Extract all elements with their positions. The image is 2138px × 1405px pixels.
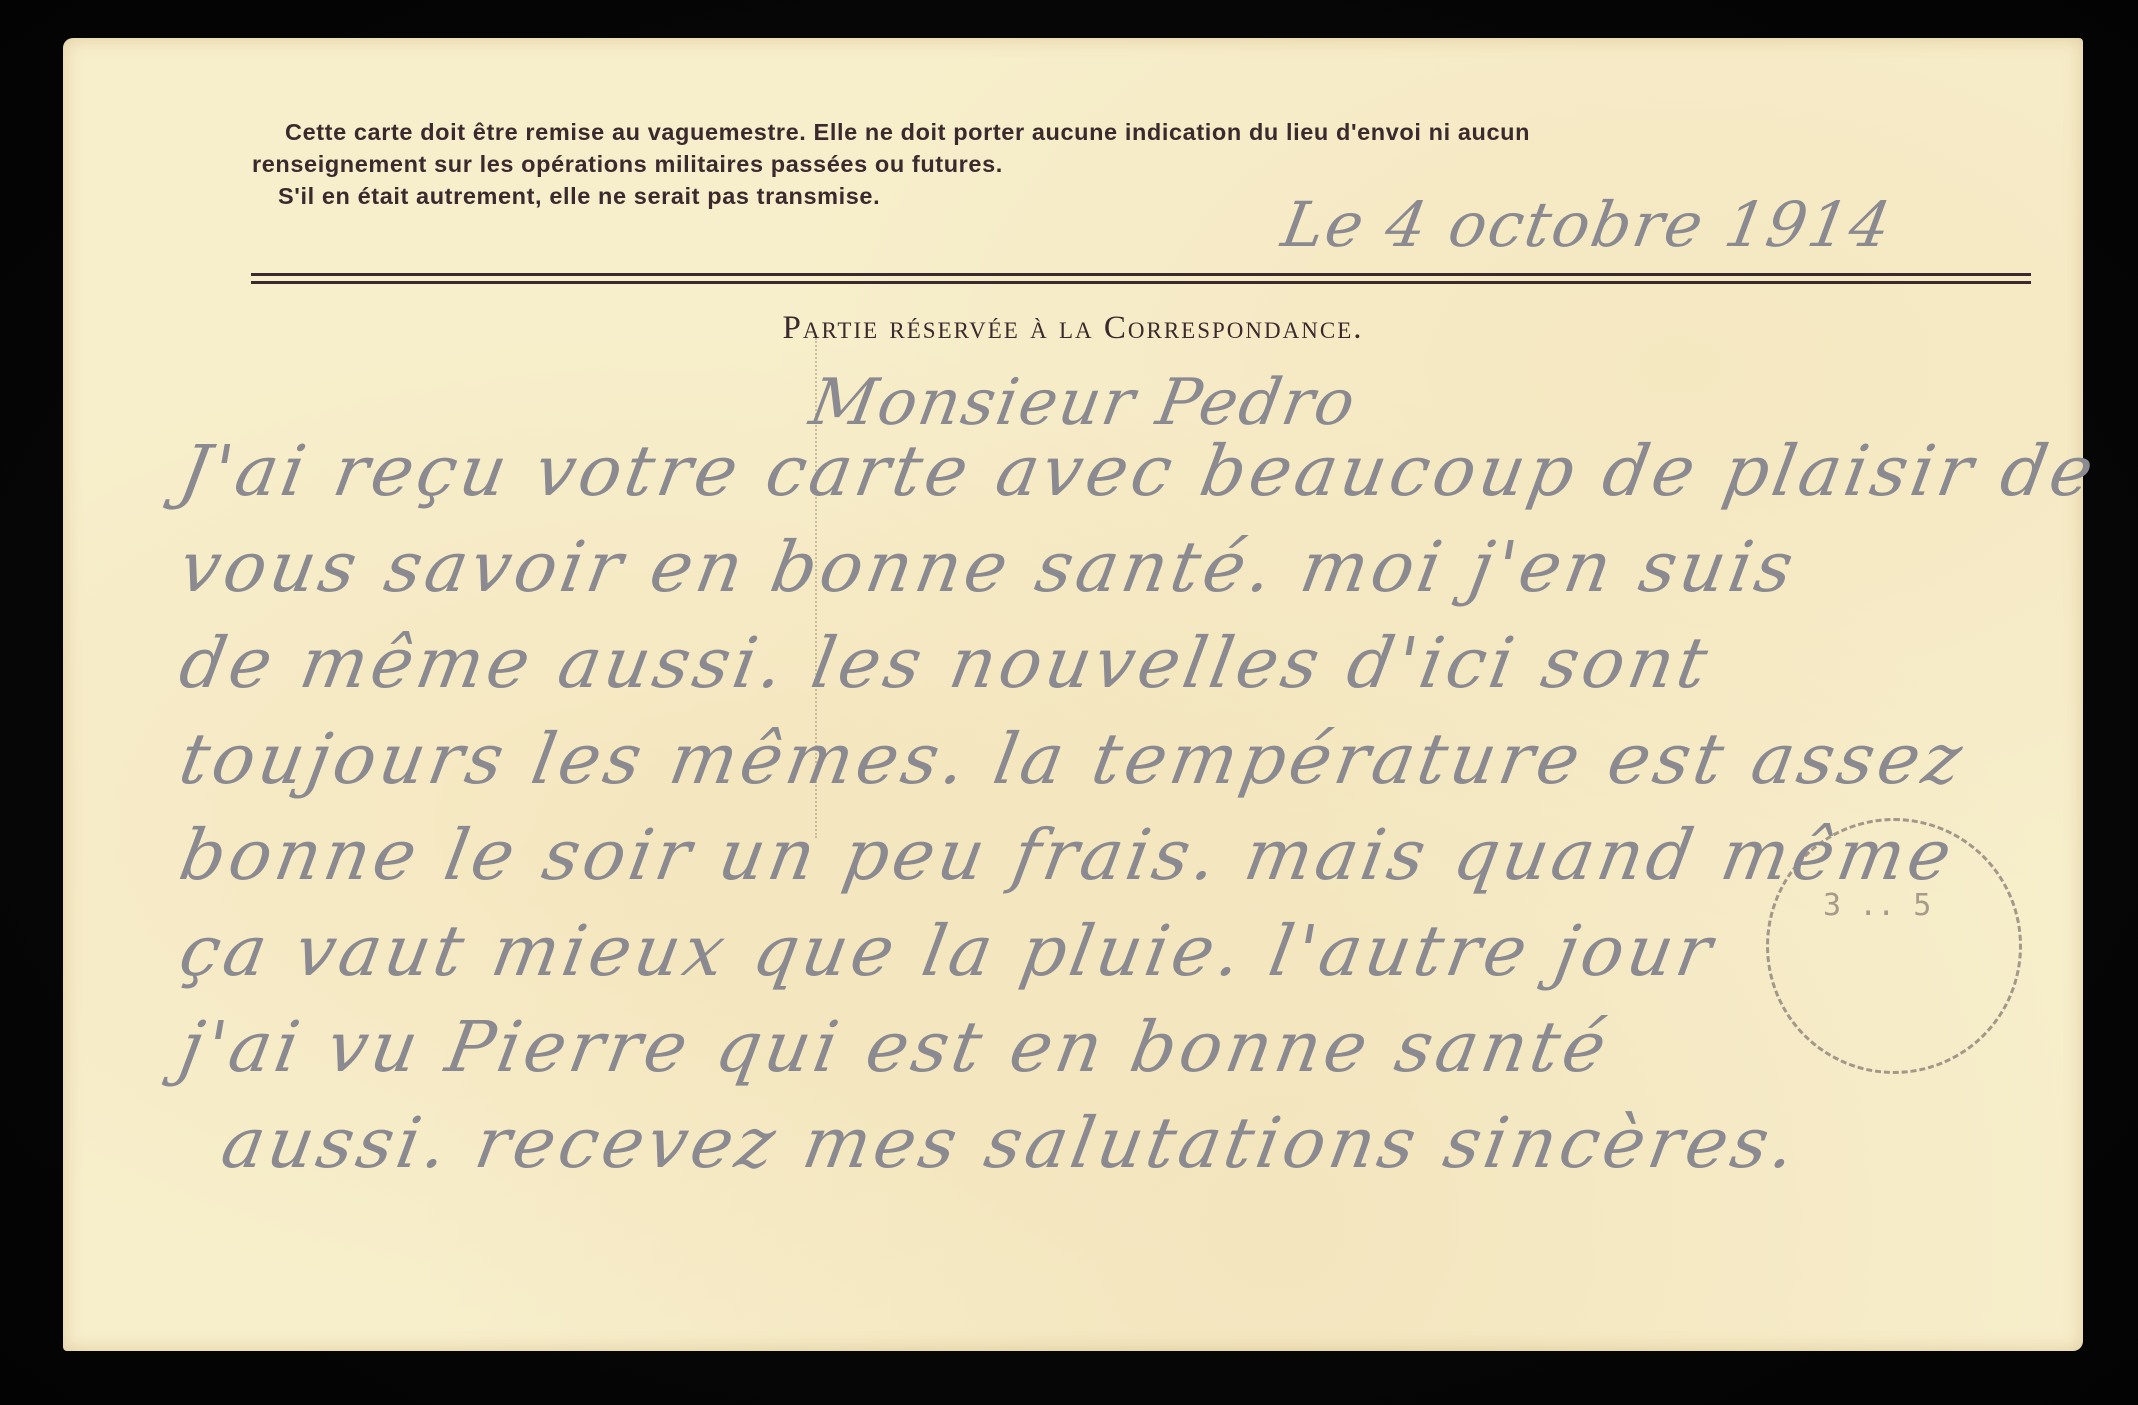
divider-rule-top — [251, 273, 2031, 276]
letter-line: de même aussi. les nouvelles d'ici sont — [174, 622, 1718, 704]
postcard: Cette carte doit être remise au vaguemes… — [63, 38, 2083, 1351]
notice-line-1: Cette carte doit être remise au vaguemes… — [188, 116, 2018, 148]
handwritten-date: Le 4 octobre 1914 — [1277, 188, 1898, 261]
divider-rule-bottom — [251, 281, 2031, 284]
letter-line: aussi. recevez mes salutations sincères. — [216, 1102, 1806, 1184]
letter-line: j'ai vu Pierre qui est en bonne santé — [174, 1006, 1616, 1088]
letter-line: ça vaut mieux que la pluie. l'autre jour — [174, 910, 1722, 992]
letter-line: vous savoir en bonne santé. moi j'en sui… — [174, 526, 1803, 608]
letter-line: toujours les mêmes. la température est a… — [174, 718, 1972, 800]
letter-line: bonne le soir un peu frais. mais quand m… — [174, 814, 1961, 896]
letter-line: J'ai reçu votre carte avec beaucoup de p… — [174, 430, 2104, 512]
section-title: Partie réservée à la Correspondance. — [63, 310, 2083, 347]
notice-line-2: renseignement sur les opérations militai… — [188, 148, 2018, 180]
letter-salutation: Monsieur Pedro — [804, 366, 1362, 440]
